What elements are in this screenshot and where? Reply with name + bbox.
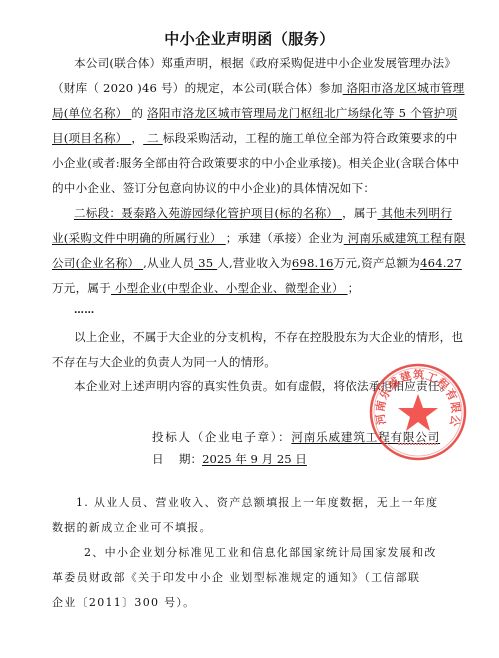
note-2-line-1: 2、中小企业划分标准见工业和信息化部国家统计局国家发展和改 (84, 545, 474, 561)
project-name-field: 洛阳市洛龙区城市管理局龙门枢纽北广场绿化等 5 个管护项 (147, 106, 457, 120)
text: ， (131, 131, 143, 145)
unit-name-label: 局(单位名称） (52, 106, 131, 120)
entry-line-1: 二标段：聂泰路入苑游园绿化管护项目(标的名称） ，属于 其他未列明行 (74, 205, 464, 221)
company-seal: 河南乐威建筑工程有限公司 (368, 362, 468, 462)
note-2-line-2: 革委员财政部《关于印发中小企 业划型标准规定的通知》（工信部联 (52, 570, 442, 586)
text: 人,营业收入为 (217, 256, 292, 270)
date-label: 日 期： (152, 452, 202, 466)
industry-label: 业(采购文件中明确的所属行业） (52, 231, 226, 245)
ellipsis: …… (74, 303, 464, 319)
page-title: 中小企业声明函（服务） (0, 28, 499, 49)
paragraph-1-line-6: 的中小企业、签订分包意向协议的中小企业)的具体情况如下： (52, 180, 442, 196)
subject-name-field: 二标段：聂泰路入苑游园绿化管护项目(标的名称） (74, 206, 342, 220)
text: 万元,资产总额为 (334, 256, 420, 270)
paragraph-1-line-2: （财库（ 2020 )46 号）的规定，本公司(联合体）参加 洛阳市洛龙区城市管… (52, 80, 442, 96)
text: 的 (131, 106, 147, 120)
date-value: 2025 年 9 月 25 日 (202, 452, 307, 466)
seal-icon: 河南乐威建筑工程有限公司 (368, 362, 468, 462)
entry-line-2: 业(采购文件中明确的所属行业） ；承建（承接）企业为 河南乐威建筑工程有限 (52, 230, 442, 246)
paragraph-1-line-3: 局(单位名称） 的 洛阳市洛龙区城市管理局龙门枢纽北广场绿化等 5 个管护项 (52, 105, 442, 121)
company-name-field: 河南乐威建筑工程有限 (344, 231, 466, 245)
project-name-label: 目(项目名称） (52, 131, 131, 145)
lot-field: 二 (143, 131, 163, 145)
revenue-field: 698.16 (292, 256, 334, 270)
bidder-label: 投标人（企业电子章）： (152, 430, 291, 444)
text: ；承建（承接）企业为 (226, 231, 344, 245)
text: 万元，属于 (52, 281, 111, 295)
text: 标段采购活动，工程的施工单位全部为符合政策要求的中 (163, 131, 458, 145)
enterprise-type-field: 小型企业(中型企业、小型企业、微型企业） (111, 281, 348, 295)
paragraph-1-line-4: 目(项目名称） ， 二 标段采购活动，工程的施工单位全部为符合政策要求的中 (52, 130, 442, 146)
employees-field: 35 (194, 256, 217, 270)
note-1-line-1: 1. 从业人员、营业收入、资产总额填报上一年度数据，无上一年度 (76, 495, 466, 511)
note-1-line-2: 数据的新成立企业可不填报。 (52, 520, 442, 536)
industry-field: 其他未列明行 (377, 206, 452, 220)
paragraph-1-line-1: 本公司(联合体）郑重声明，根据《政府采购促进中小企业发展管理办法》 (74, 55, 464, 71)
unit-name-field: 洛阳市洛龙区城市管理 (343, 81, 465, 95)
document-page: 中小企业声明函（服务） 本公司(联合体）郑重声明，根据《政府采购促进中小企业发展… (0, 0, 499, 658)
total-assets-field: 464.27 (420, 256, 462, 270)
company-name-label: 公司(企业名称） (52, 256, 143, 270)
text: ； (348, 281, 360, 295)
text: ,从业人员 (143, 256, 194, 270)
paragraph-2-line-1: 以上企业，不属于大企业的分支机构，不存在控股股东为大企业的情形，也 (74, 329, 464, 345)
text: （财库（ 2020 )46 号）的规定，本公司(联合体）参加 (52, 81, 343, 95)
date-line: 日 期：2025 年 9 月 25 日 (152, 451, 307, 467)
note-2-line-3: 企业〔2011〕300 号）。 (52, 595, 442, 611)
entry-line-3: 公司(企业名称） ,从业人员 35 人,营业收入为698.16万元,资产总额为4… (52, 255, 442, 271)
text: ，属于 (342, 206, 377, 220)
entry-line-4: 万元，属于 小型企业(中型企业、小型企业、微型企业） ； (52, 280, 442, 296)
paragraph-1-line-5: 小企业(或者:服务全部由符合政策要求的中小企业承接)。相关企业(含联合体中 (52, 155, 442, 171)
